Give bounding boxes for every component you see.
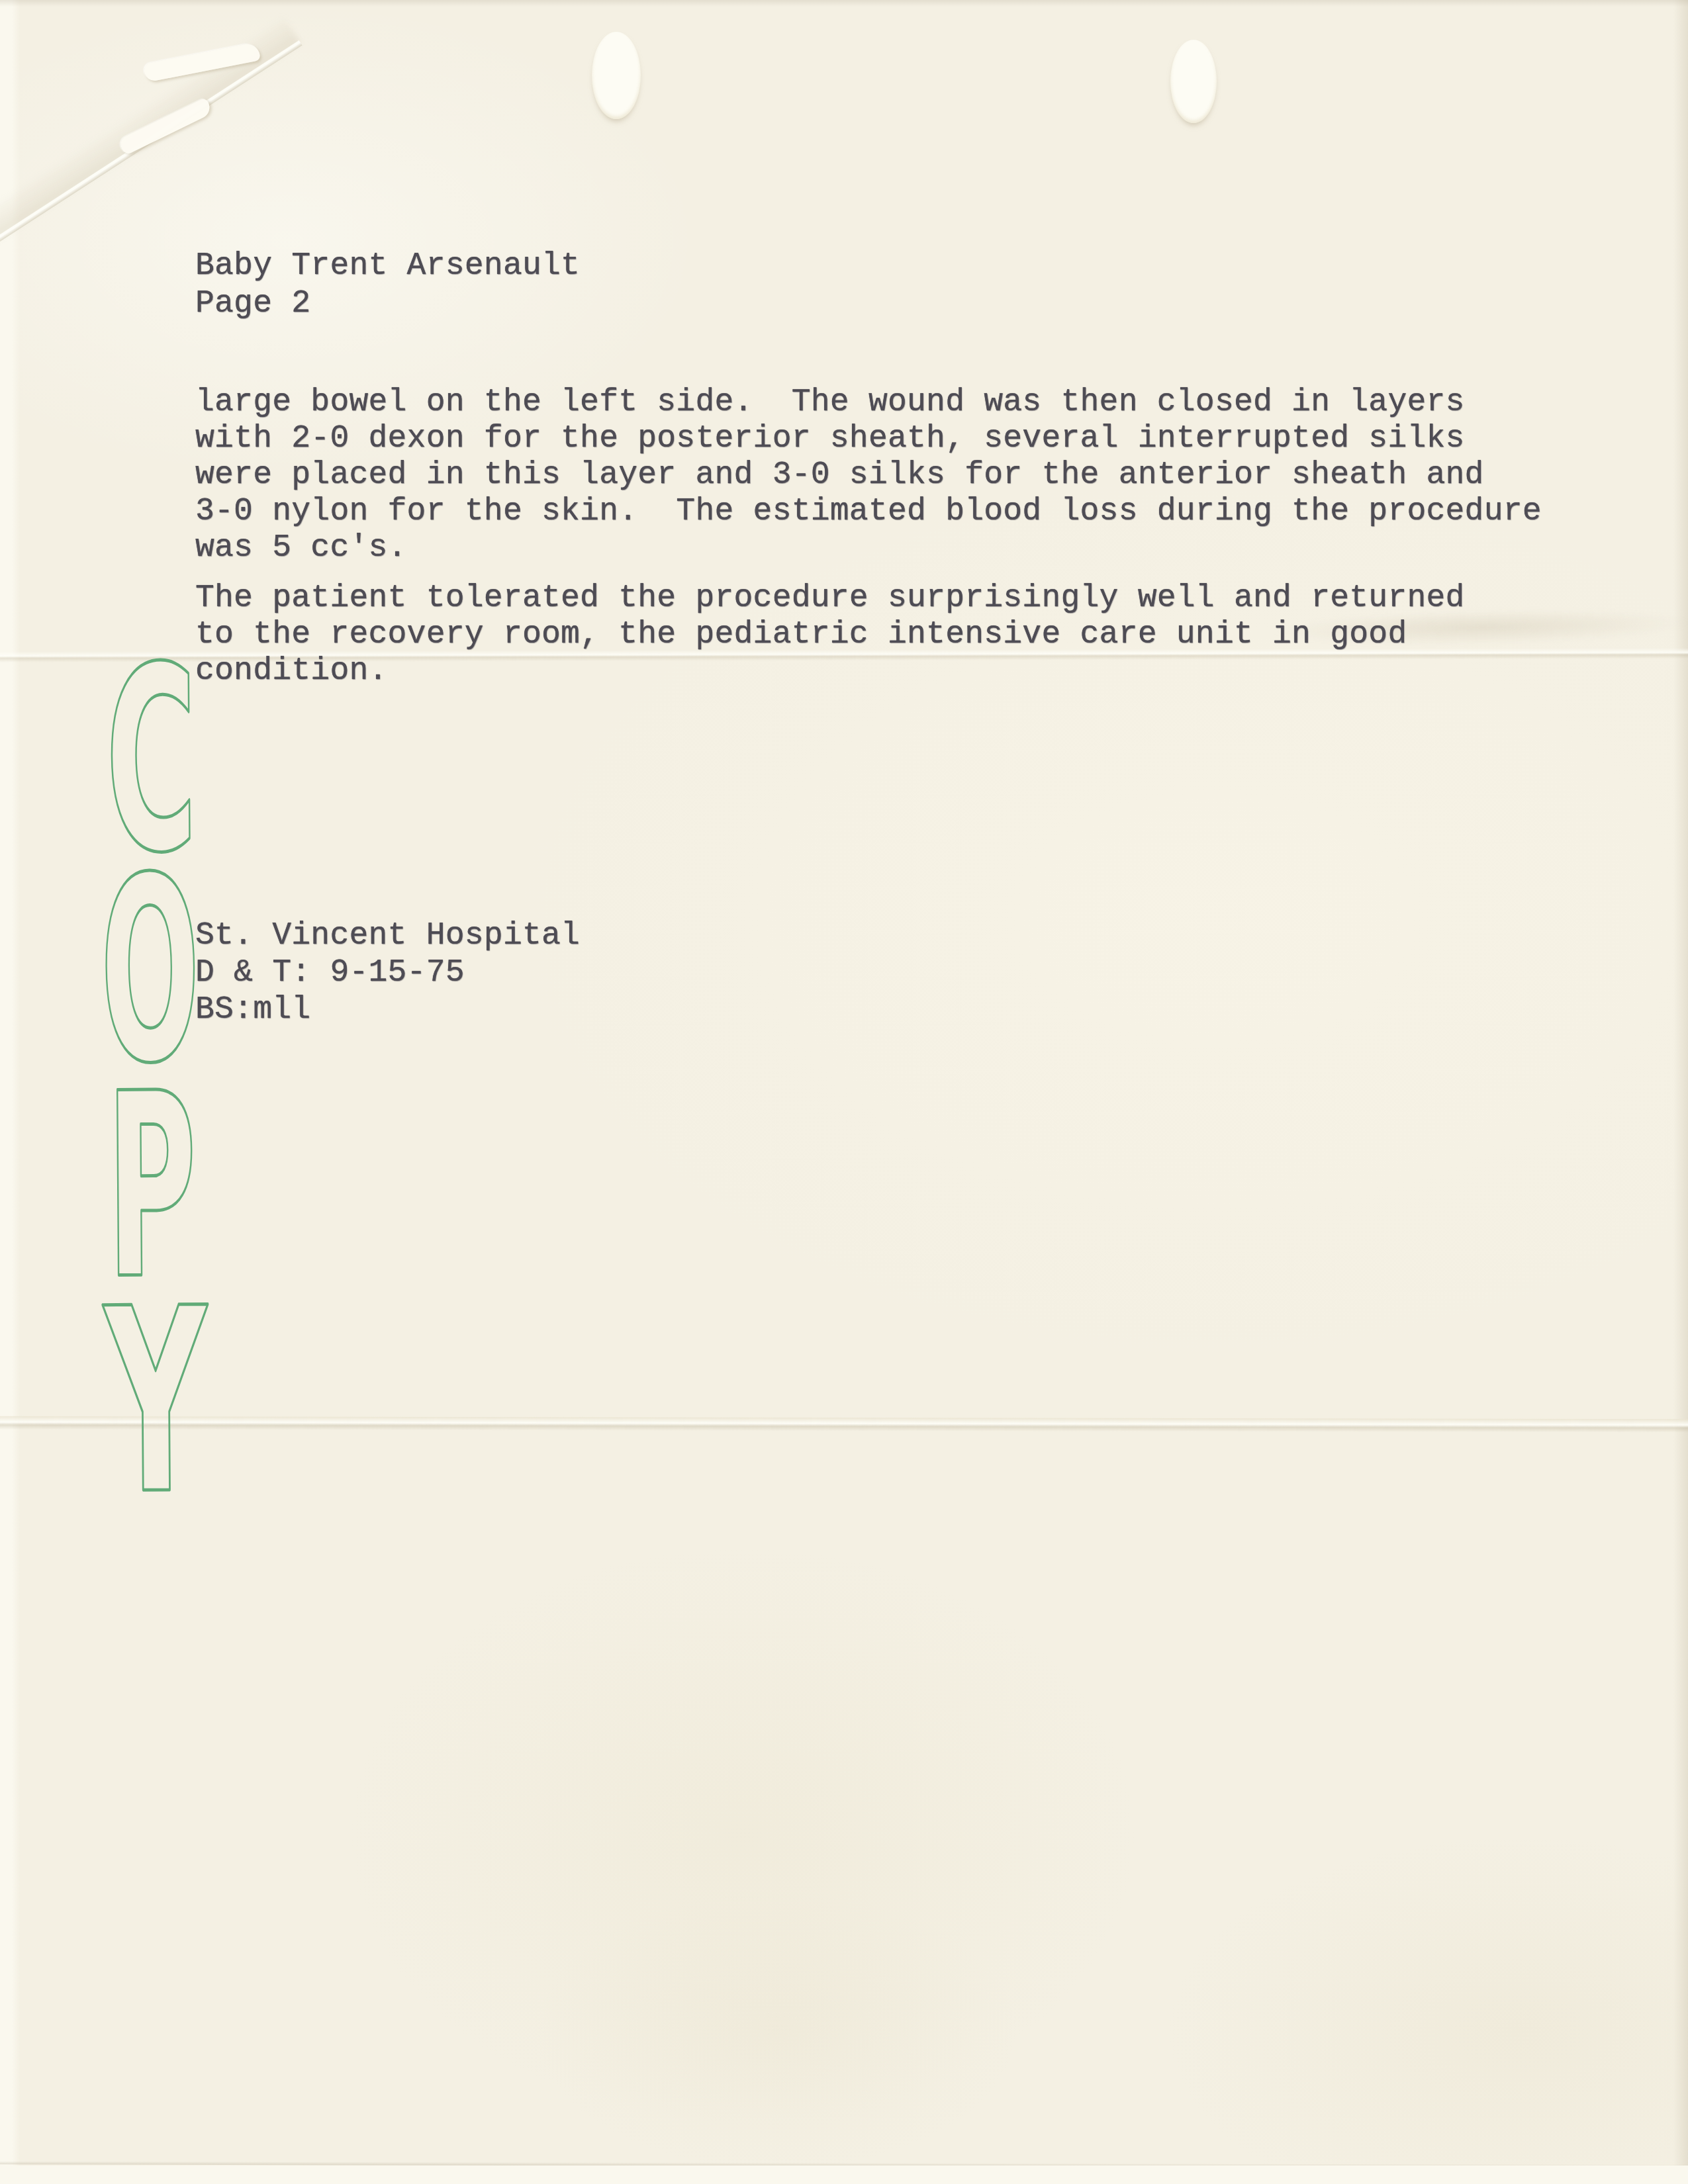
stamp-letter-y: Y [101, 1253, 210, 1502]
patient-name-line: Baby Trent Arsenault [195, 248, 580, 285]
typed-line: was 5 cc's. [195, 530, 1542, 567]
scan-edge-bottom [0, 2165, 1688, 2184]
fold-crease-middle [0, 1416, 1688, 1432]
scan-edge-left [0, 0, 20, 2184]
initials-line: BS:mll [195, 991, 580, 1028]
typed-line: large bowel on the left side. The wound … [195, 385, 1542, 421]
paper-dent-upper [143, 42, 261, 82]
copy-stamp: C O P Y [89, 648, 228, 1502]
hospital-name-line: St. Vincent Hospital [195, 917, 580, 954]
scanned-document-page: C O P Y Baby Trent Arsenault Page 2 larg… [0, 0, 1688, 2184]
typed-line: with 2-0 dexon for the posterior sheath,… [195, 421, 1542, 457]
paper-right-edge-shadow [1673, 0, 1688, 2184]
typed-line: 3-0 nylon for the skin. The estimated bl… [195, 494, 1542, 530]
date-typed-line: D & T: 9-15-75 [195, 954, 580, 991]
page-number-line: Page 2 [195, 285, 580, 323]
document-footer: St. Vincent Hospital D & T: 9-15-75 BS:m… [195, 917, 580, 1028]
paper-top-edge-shadow [0, 0, 1688, 7]
paper-dent-lower [118, 97, 213, 156]
document-header: Baby Trent Arsenault Page 2 [195, 248, 580, 323]
typed-line: were placed in this layer and 3-0 silks … [195, 457, 1542, 494]
typed-line: condition. [195, 653, 1465, 690]
body-paragraph-1: large bowel on the left side. The wound … [195, 385, 1542, 567]
typed-line: The patient tolerated the procedure surp… [195, 580, 1465, 617]
punch-hole-right [1170, 40, 1217, 123]
punch-hole-left [592, 32, 641, 119]
body-paragraph-2: The patient tolerated the procedure surp… [195, 580, 1465, 690]
typed-line: to the recovery room, the pediatric inte… [195, 617, 1465, 653]
